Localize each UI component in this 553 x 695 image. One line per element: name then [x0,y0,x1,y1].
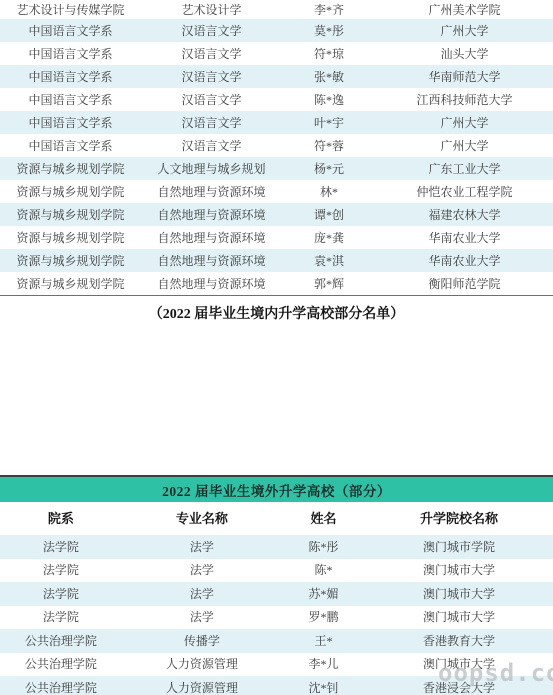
column-header: 升学院校名称 [365,502,553,535]
cell: 广州大学 [376,134,553,157]
cell: 自然地理与资源环境 [141,226,282,249]
cell: 中国语言文学系 [0,111,141,134]
column-header: 姓名 [282,502,365,535]
table-row: 公共治理学院人力资源管理沈*钊香港浸会大学 [0,676,553,695]
cell: 汕头大学 [376,42,553,65]
cell: 法学 [122,535,282,559]
cell: 澳门城市大学 [365,606,553,630]
domestic-table-caption: （2022 届毕业生境内升学高校部分名单） [0,296,553,329]
cell: 自然地理与资源环境 [141,180,282,203]
table-row: 中国语言文学系汉语言文学张*敏华南师范大学 [0,65,553,88]
cell: 陈*逸 [282,88,376,111]
cell: 汉语言文学 [141,65,282,88]
cell: 华南师范大学 [376,65,553,88]
table-row: 公共治理学院人力资源管理李*儿澳门城市大学 [0,653,553,677]
cell: 人力资源管理 [122,676,282,695]
table-row: 法学院法学苏*媚澳门城市大学 [0,582,553,606]
table-row: 资源与城乡规划学院自然地理与资源环境庞*龚华南农业大学 [0,226,553,249]
cell: 陈* [282,559,365,583]
cell: 汉语言文学 [141,19,282,42]
cell: 陈*彤 [282,535,365,559]
cell: 汉语言文学 [141,134,282,157]
table-row: 法学院法学陈*澳门城市大学 [0,559,553,583]
table-row: 资源与城乡规划学院自然地理与资源环境谭*创福建农林大学 [0,203,553,226]
cell: 汉语言文学 [141,111,282,134]
table-row: 中国语言文学系汉语言文学符*蓉广州大学 [0,134,553,157]
cell: 自然地理与资源环境 [141,249,282,272]
cell: 汉语言文学 [141,88,282,111]
cell: 罗*鹏 [282,606,365,630]
cell: 杨*元 [282,157,376,180]
cell: 衡阳师范学院 [376,272,553,296]
cell: 资源与城乡规划学院 [0,203,141,226]
cell: 广州美术学院 [376,0,553,19]
cell: 王* [282,629,365,653]
cell: 李*齐 [282,0,376,19]
cell: 公共治理学院 [0,653,122,677]
cell: 符*蓉 [282,134,376,157]
cell: 法学 [122,559,282,583]
cell: 中国语言文学系 [0,88,141,111]
cell: 资源与城乡规划学院 [0,249,141,272]
cell: 广东工业大学 [376,157,553,180]
cell: 澳门城市大学 [365,653,553,677]
cell: 叶*宇 [282,111,376,134]
cell: 法学院 [0,559,122,583]
table-row: 中国语言文学系汉语言文学陈*逸江西科技师范大学 [0,88,553,111]
table-row: 资源与城乡规划学院人文地理与城乡规划杨*元广东工业大学 [0,157,553,180]
cell: 华南农业大学 [376,226,553,249]
cell: 中国语言文学系 [0,19,141,42]
cell: 法学 [122,606,282,630]
cell: 自然地理与资源环境 [141,272,282,296]
cell: 莫*彤 [282,19,376,42]
cell: 资源与城乡规划学院 [0,157,141,180]
table-row: 中国语言文学系汉语言文学莫*彤广州大学 [0,19,553,42]
cell: 林* [282,180,376,203]
cell: 艺术设计与传媒学院 [0,0,141,19]
cell: 公共治理学院 [0,629,122,653]
header-row: 院系专业名称姓名升学院校名称 [0,502,553,535]
cell: 中国语言文学系 [0,42,141,65]
cell: 香港教育大学 [365,629,553,653]
cell: 公共治理学院 [0,676,122,695]
cell: 李*儿 [282,653,365,677]
cell: 福建农林大学 [376,203,553,226]
table-row: 资源与城乡规划学院自然地理与资源环境郭*辉衡阳师范学院 [0,272,553,296]
cell: 沈*钊 [282,676,365,695]
cell: 华南农业大学 [376,249,553,272]
table-row: 法学院法学陈*彤澳门城市学院 [0,535,553,559]
cell: 澳门城市大学 [365,559,553,583]
cell: 法学院 [0,582,122,606]
column-header: 院系 [0,502,122,535]
table-row: 公共治理学院传播学王*香港教育大学 [0,629,553,653]
cell: 谭*创 [282,203,376,226]
table-row: 资源与城乡规划学院自然地理与资源环境林*仲恺农业工程学院 [0,180,553,203]
overseas-admissions-section: 2022 届毕业生境外升学高校（部分） 院系专业名称姓名升学院校名称 法学院法学… [0,475,553,695]
cell: 汉语言文学 [141,42,282,65]
cell: 法学院 [0,606,122,630]
table-row: 艺术设计与传媒学院艺术设计学李*齐广州美术学院 [0,0,553,19]
table-row: 中国语言文学系汉语言文学叶*宇广州大学 [0,111,553,134]
cell: 符*琼 [282,42,376,65]
column-header: 专业名称 [122,502,282,535]
cell: 香港浸会大学 [365,676,553,695]
cell: 庞*龚 [282,226,376,249]
cell: 资源与城乡规划学院 [0,272,141,296]
cell: 资源与城乡规划学院 [0,180,141,203]
table-row: 中国语言文学系汉语言文学符*琼汕头大学 [0,42,553,65]
overseas-admissions-table: 院系专业名称姓名升学院校名称 法学院法学陈*彤澳门城市学院法学院法学陈*澳门城市… [0,502,553,695]
cell: 苏*媚 [282,582,365,606]
cell: 人力资源管理 [122,653,282,677]
cell: 中国语言文学系 [0,134,141,157]
table-row: 法学院法学罗*鹏澳门城市大学 [0,606,553,630]
cell: 中国语言文学系 [0,65,141,88]
cell: 澳门城市学院 [365,535,553,559]
cell: 法学院 [0,535,122,559]
table-row: 资源与城乡规划学院自然地理与资源环境袁*淇华南农业大学 [0,249,553,272]
cell: 张*敏 [282,65,376,88]
cell: 仲恺农业工程学院 [376,180,553,203]
domestic-admissions-table: 艺术设计与传媒学院艺术设计学李*齐广州美术学院中国语言文学系汉语言文学莫*彤广州… [0,0,553,296]
cell: 广州大学 [376,111,553,134]
cell: 江西科技师范大学 [376,88,553,111]
cell: 传播学 [122,629,282,653]
cell: 郭*辉 [282,272,376,296]
cell: 人文地理与城乡规划 [141,157,282,180]
cell: 自然地理与资源环境 [141,203,282,226]
cell: 法学 [122,582,282,606]
cell: 广州大学 [376,19,553,42]
cell: 澳门城市大学 [365,582,553,606]
cell: 艺术设计学 [141,0,282,19]
cell: 袁*淇 [282,249,376,272]
cell: 资源与城乡规划学院 [0,226,141,249]
overseas-table-title: 2022 届毕业生境外升学高校（部分） [0,477,553,502]
